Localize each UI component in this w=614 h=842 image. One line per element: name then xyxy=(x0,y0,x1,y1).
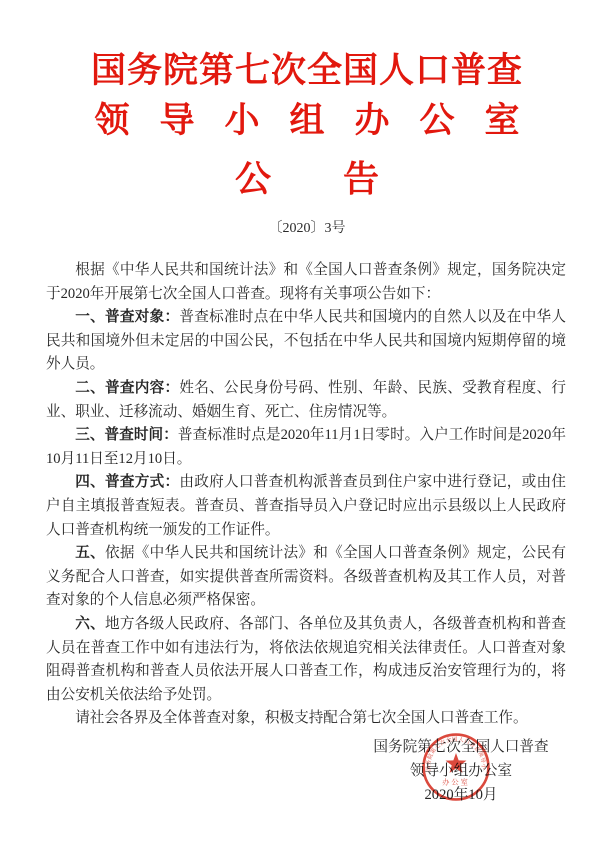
paragraph-lead: 四、普查方式： xyxy=(75,474,179,490)
signature-org-line-2: 领导小组办公室 xyxy=(370,759,552,783)
paragraph-item-4: 四、普查方式：由政府人口普查机构派普查员到住户家中进行登记，或由住户自主填报普查… xyxy=(46,471,566,542)
title-line-2-text: 领导小组办公室 xyxy=(94,96,549,146)
paragraph-item-1: 一、普查对象：普查标准时点在中华人民共和国境内的自然人以及在中华人民共和国境外但… xyxy=(46,306,566,377)
paragraph-lead: 一、普查对象： xyxy=(75,309,179,325)
document-page: 国务院第七次全国人口普查 领导小组办公室 公 告 〔2020〕3号 根据《中华人… xyxy=(0,0,614,842)
document-number: 〔2020〕3号 xyxy=(0,217,614,237)
signature-date: 2020年10月 xyxy=(370,783,552,807)
paragraph-intro: 根据《中华人民共和国统计法》和《全国人口普查条例》规定，国务院决定于2020年开… xyxy=(46,259,566,306)
title-line-2: 领导小组办公室 xyxy=(0,96,614,146)
paragraph-item-6: 六、地方各级人民政府、各部门、各单位及其负责人，各级普查机构和普查人员在普查工作… xyxy=(46,613,566,707)
paragraph-text: 地方各级人民政府、各部门、各单位及其负责人，各级普查机构和普查人员在普查工作中如… xyxy=(46,616,566,703)
paragraph-item-5: 五、依据《中华人民共和国统计法》和《全国人口普查条例》规定，公民有义务配合人口普… xyxy=(46,542,566,613)
paragraph-text: 根据《中华人民共和国统计法》和《全国人口普查条例》规定，国务院决定于2020年开… xyxy=(46,262,566,302)
paragraph-item-2: 二、普查内容：姓名、公民身份号码、性别、年龄、民族、受教育程度、行业、职业、迁移… xyxy=(46,377,566,424)
paragraph-lead: 五、 xyxy=(75,545,105,561)
paragraph-closing: 请社会各界及全体普查对象，积极支持配合第七次全国人口普查工作。 xyxy=(46,707,566,731)
paragraph-text: 请社会各界及全体普查对象，积极支持配合第七次全国人口普查工作。 xyxy=(75,710,527,726)
paragraph-lead: 二、普查内容： xyxy=(75,380,179,396)
paragraph-lead: 三、普查时间： xyxy=(75,427,178,443)
signature-org-line-1: 国务院第七次全国人口普查 xyxy=(370,735,552,759)
paragraph-item-3: 三、普查时间：普查标准时点是2020年11月1日零时。入户工作时间是2020年1… xyxy=(46,424,566,471)
title-line-3: 公 告 xyxy=(0,154,614,204)
title-line-1: 国务院第七次全国人口普查 xyxy=(0,46,614,96)
paragraph-lead: 六、 xyxy=(75,616,105,632)
signature-block: 国务院第七次全国人口普查 领导小组办公室 2020年10月 xyxy=(370,735,552,807)
document-body: 根据《中华人民共和国统计法》和《全国人口普查条例》规定，国务院决定于2020年开… xyxy=(46,259,566,731)
document-title: 国务院第七次全国人口普查 领导小组办公室 公 告 xyxy=(0,46,614,204)
paragraph-text: 依据《中华人民共和国统计法》和《全国人口普查条例》规定，公民有义务配合人口普查，… xyxy=(46,545,566,608)
